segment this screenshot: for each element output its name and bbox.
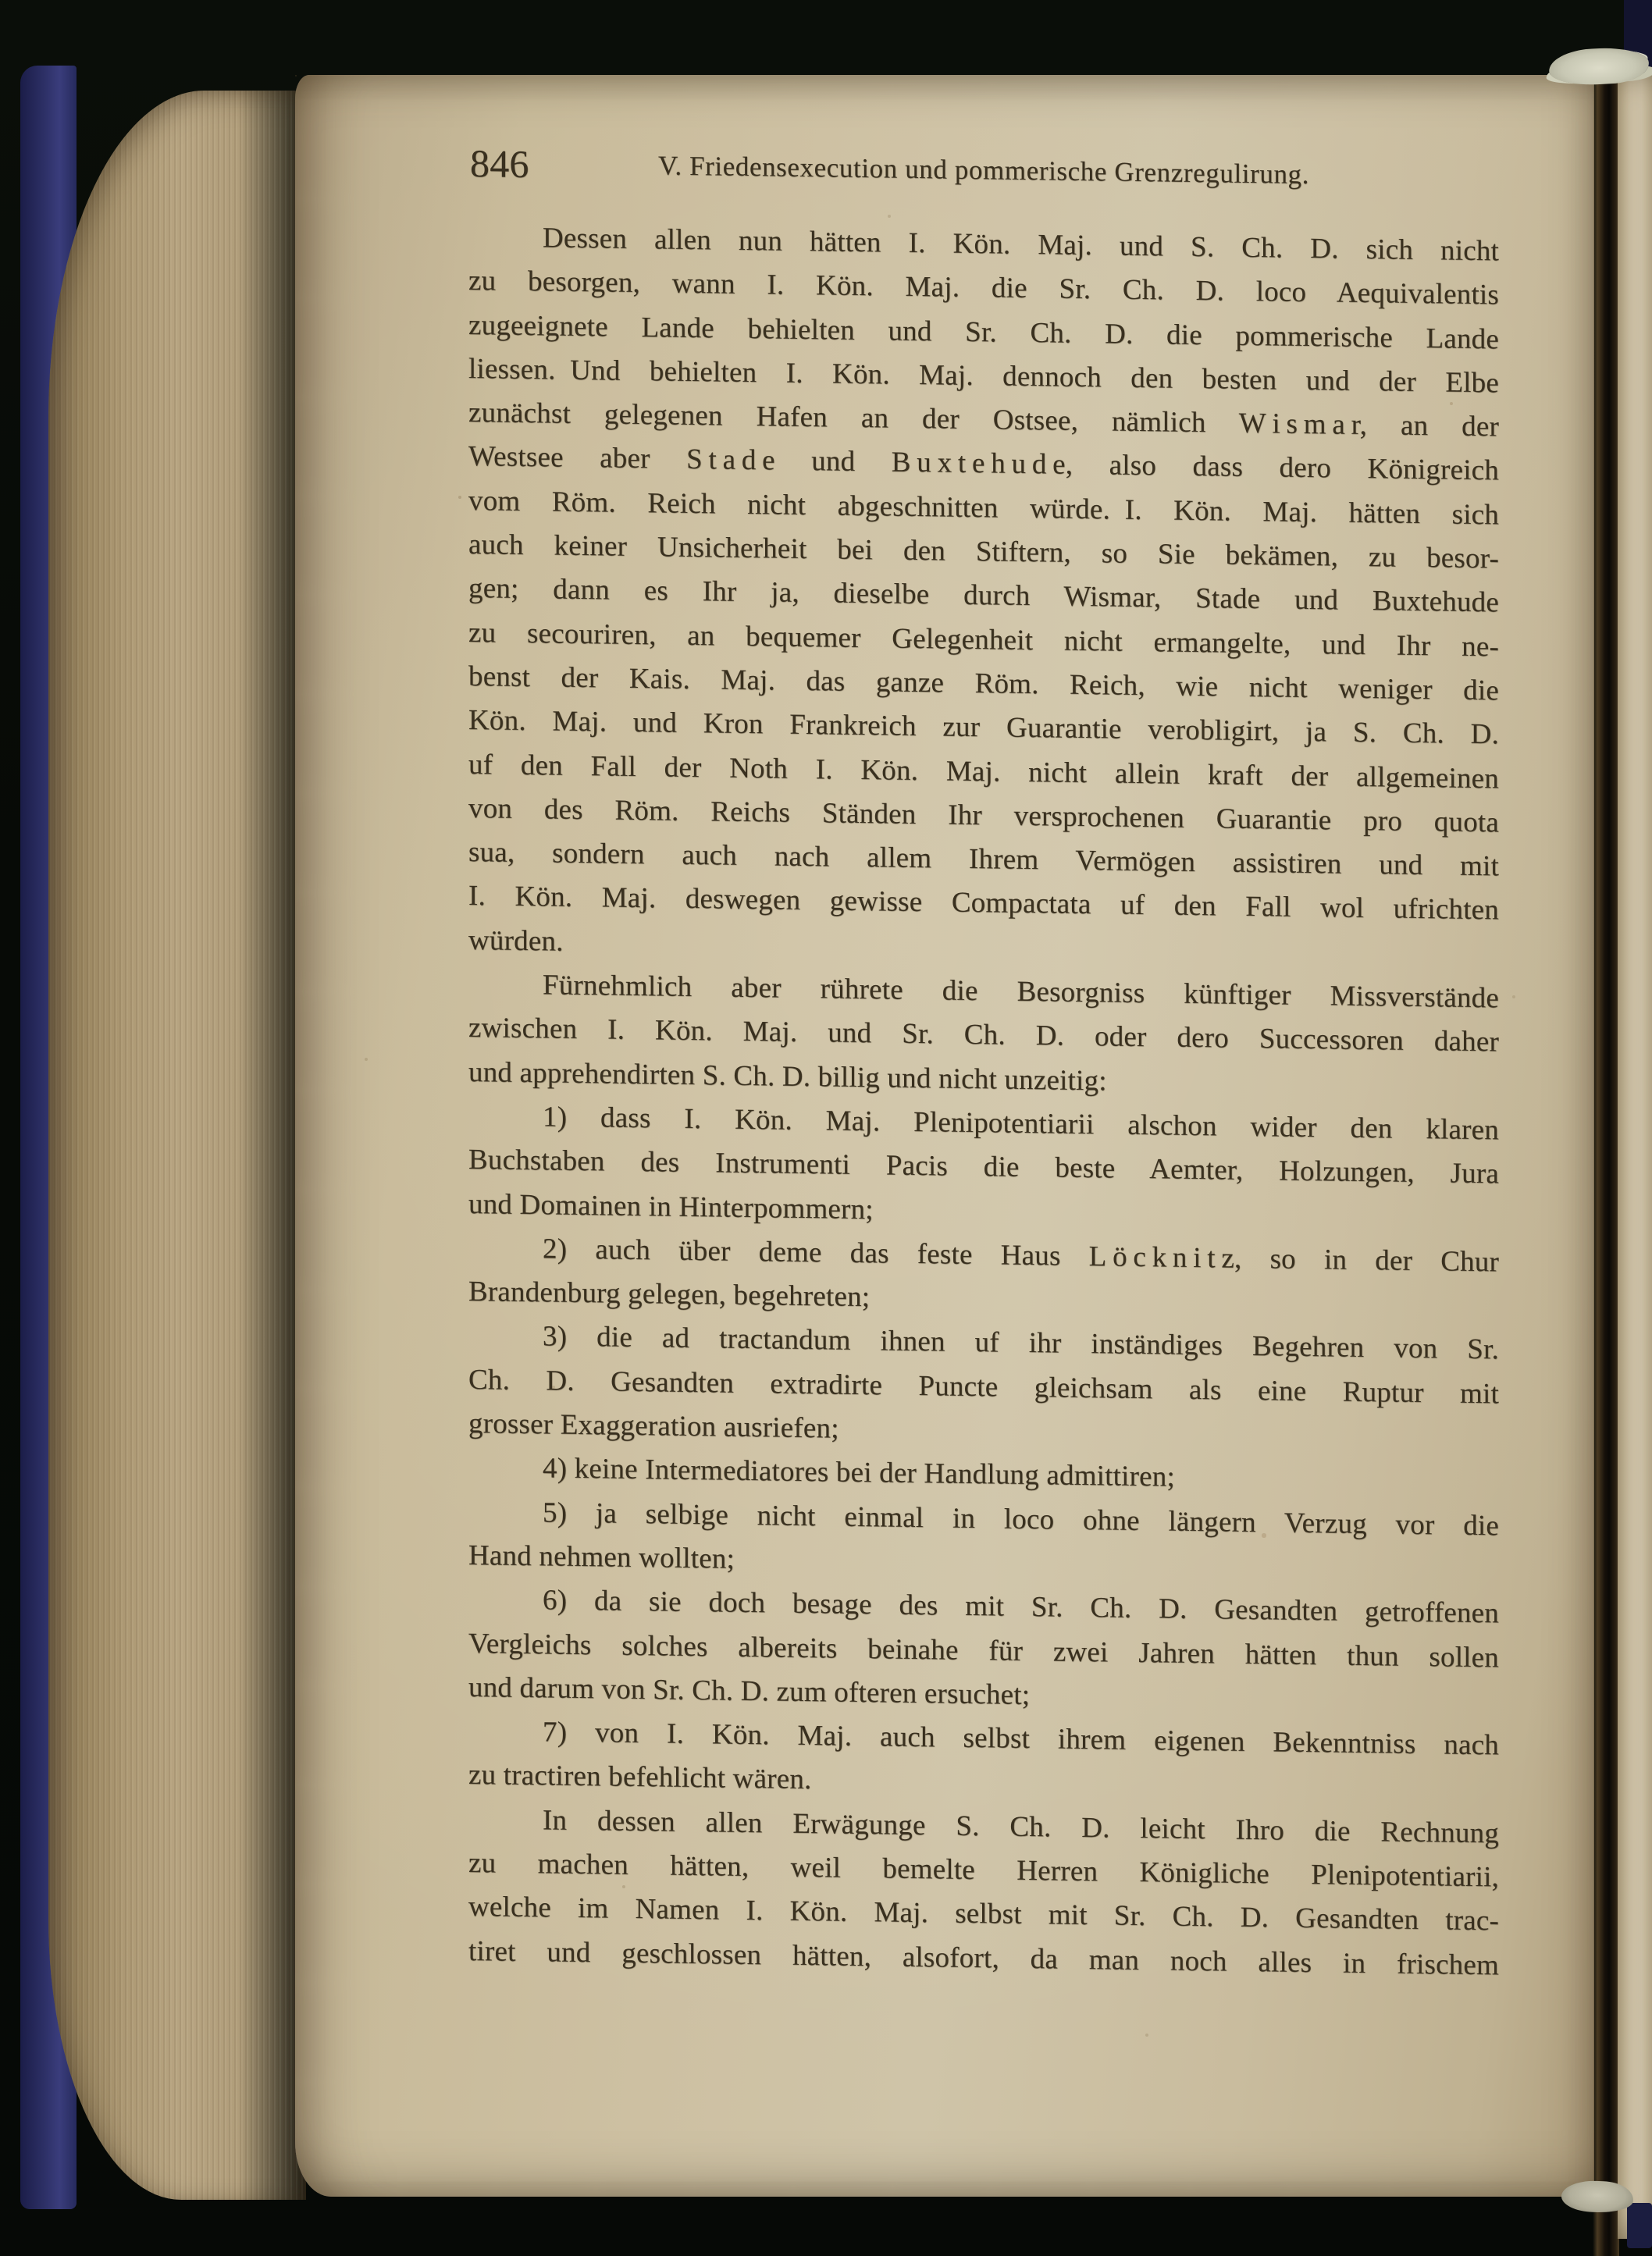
- paragraph-1: Dessen allen nun hätten I. Kön. Maj. und…: [468, 215, 1499, 977]
- list-item-1: 1) dass I. Kön. Maj. Plenipotentiarii al…: [468, 1094, 1499, 1240]
- text-block: 846 V. Friedensexecution und pommerische…: [468, 139, 1499, 1987]
- page-block-fore-edge: [48, 91, 306, 2200]
- list-item-7: 7) von I. Kön. Maj. auch selbst ihrem ei…: [468, 1710, 1499, 1812]
- paragraph-3: In dessen allen Erwägunge S. Ch. D. leic…: [468, 1798, 1499, 1988]
- page-number: 846: [470, 139, 529, 188]
- gutter-shadow: [1593, 67, 1619, 2256]
- list-item-2: 2) auch über deme das feste Haus L ö c k…: [468, 1226, 1499, 1329]
- book-cover-right-bottom: [1627, 2203, 1652, 2248]
- list-item-6: 6) da sie doch besage des mit Sr. Ch. D.…: [468, 1578, 1499, 1724]
- book-scan-photo: 846 V. Friedensexecution und pommerische…: [0, 0, 1652, 2256]
- list-item-5: 5) ja selbige nicht einmal in loco ohne …: [468, 1490, 1499, 1592]
- paragraph-2: Fürnehmlich aber rührete die Besorgniss …: [468, 963, 1499, 1108]
- body-text: Dessen allen nun hätten I. Kön. Maj. und…: [468, 215, 1499, 1987]
- adjacent-page-edge: [1618, 72, 1652, 2239]
- list-item-3: 3) die ad tractandum ihnen uf ihr instän…: [468, 1314, 1499, 1460]
- paper-specks: [295, 75, 297, 77]
